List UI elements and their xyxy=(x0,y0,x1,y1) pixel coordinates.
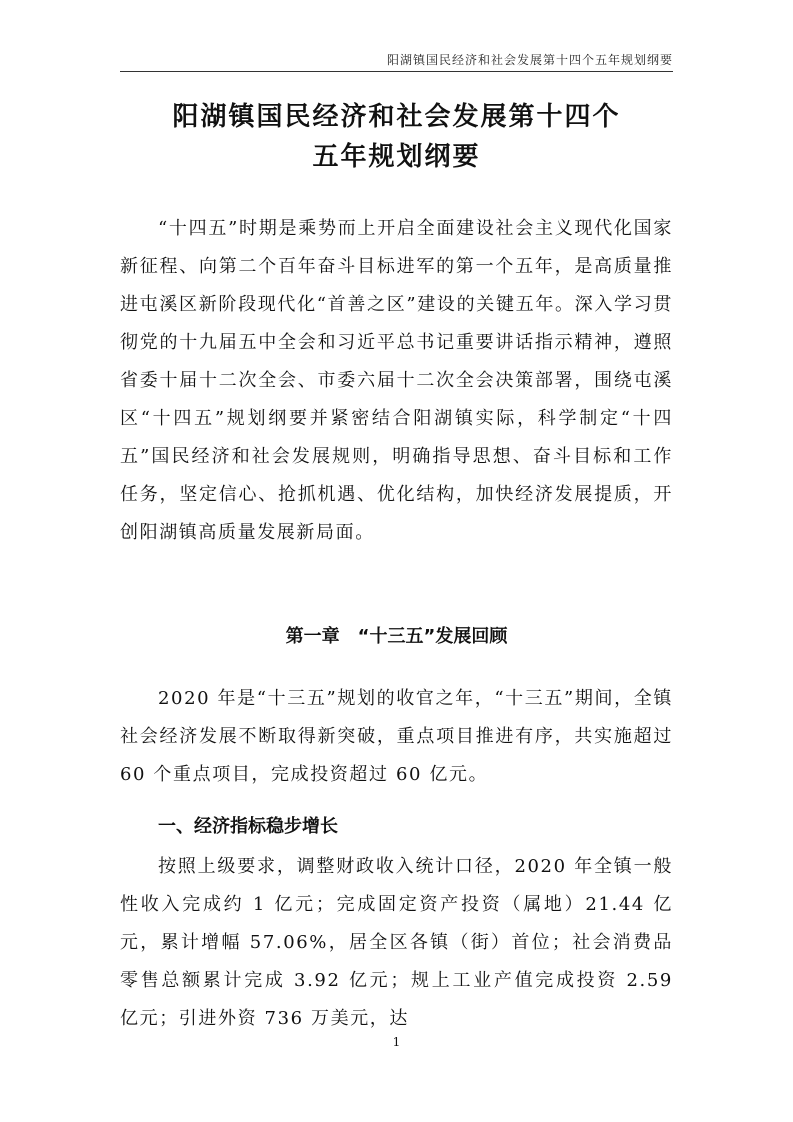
chapter-heading: 第一章 “十三五”发展回顾 xyxy=(0,622,793,648)
intro-paragraph: “十四五”时期是乘势而上开启全面建设社会主义现代化国家新征程、向第二个百年奋斗目… xyxy=(120,210,673,552)
title-line-2: 五年规划纲要 xyxy=(0,137,793,177)
running-header: 阳湖镇国民经济和社会发展第十四个五年规划纲要 xyxy=(387,51,673,68)
header-divider xyxy=(120,71,673,72)
section-paragraph: 按照上级要求，调整财政收入统计口径，2020 年全镇一般性收入完成约 1 亿元；… xyxy=(120,848,673,1038)
page-number: 1 xyxy=(0,1035,793,1049)
section-heading: 一、经济指标稳步增长 xyxy=(158,812,338,838)
document-title: 阳湖镇国民经济和社会发展第十四个 五年规划纲要 xyxy=(0,97,793,177)
chapter-paragraph: 2020 年是“十三五”规划的收官之年，“十三五”期间，全镇社会经济发展不断取得… xyxy=(120,680,673,794)
title-line-1: 阳湖镇国民经济和社会发展第十四个 xyxy=(0,97,793,137)
